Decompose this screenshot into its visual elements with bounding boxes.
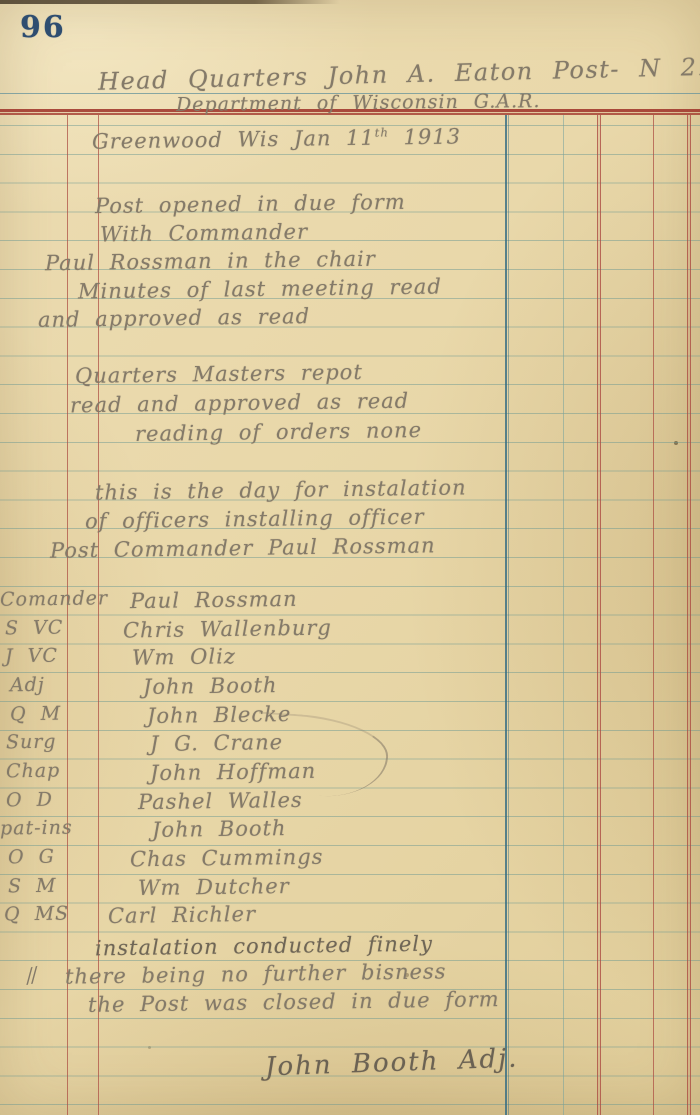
officer-name: Pashel Walles — [138, 788, 303, 814]
officer-name: John Blecke — [147, 702, 292, 728]
officer-title: pat-ins — [0, 816, 73, 839]
place-date-main: Greenwood Wis Jan 11 — [92, 126, 375, 154]
officer-name: Paul Rossman — [130, 587, 298, 613]
minutes-line: With Commander — [100, 220, 308, 247]
officer-title: O G — [8, 846, 55, 869]
officer-title: Q M — [10, 703, 61, 726]
officer-name: J G. Crane — [150, 730, 283, 756]
handwritten-header-line2: Department of Wisconsin G.A.R. — [176, 90, 541, 116]
officer-name: Wm Oliz — [132, 644, 236, 669]
officer-name: Chas Cummings — [130, 845, 324, 872]
officer-row: O D Pashel Walles — [0, 789, 700, 819]
officer-row: Chap John Hoffman — [0, 760, 700, 790]
ledger-page: 96 Head Quarters John A. Eaton Post- N 2… — [0, 0, 700, 1115]
officer-row: Q M John Blecke — [0, 703, 700, 733]
officer-row: Comander Paul Rossman — [0, 588, 700, 618]
officer-title: Adj — [10, 674, 45, 696]
officer-row: Q MS Carl Richler — [0, 903, 700, 933]
officer-title: Chap — [6, 760, 61, 783]
officer-row: pat-ins John Booth — [0, 817, 700, 847]
minutes-line: Paul Rossman in the chair — [45, 247, 376, 276]
minutes-line: and approved as read — [38, 304, 310, 332]
minutes-line: Post opened in due form — [95, 190, 406, 218]
officer-name: Carl Richler — [108, 902, 256, 928]
officer-title: J VC — [5, 645, 58, 668]
closing-line: instalation conducted finely — [95, 932, 433, 961]
minutes-line: reading of orders none — [135, 418, 422, 446]
officer-title: O D — [6, 789, 53, 812]
officer-row: S VC Chris Wallenburg — [0, 617, 700, 647]
place-date-superscript: th — [375, 125, 389, 139]
officer-name: John Booth — [143, 673, 278, 699]
officer-name: Chris Wallenburg — [123, 616, 332, 643]
minutes-line: Minutes of last meeting read — [78, 274, 442, 303]
officer-name: John Hoffman — [150, 759, 317, 785]
handwritten-place-date: Greenwood Wis Jan 11th 1913 — [92, 124, 461, 153]
place-date-year: 1913 — [403, 124, 461, 149]
minutes-line: of officers installing officer — [85, 505, 425, 534]
minutes-line: read and approved as read — [70, 389, 409, 418]
page-number: 96 — [20, 10, 66, 45]
scan-edge-artifact — [0, 0, 340, 4]
officer-title: Surg — [6, 731, 57, 754]
minutes-line: Quarters Masters repot — [75, 360, 363, 388]
officer-row: Adj John Booth — [0, 674, 700, 704]
officer-row: J VC Wm Oliz — [0, 645, 700, 675]
officer-name: Wm Dutcher — [138, 874, 290, 900]
officer-row: Surg J G. Crane — [0, 731, 700, 761]
officer-title: Q MS — [4, 903, 69, 926]
officer-row: O G Chas Cummings — [0, 846, 700, 876]
officer-row: S M Wm Dutcher — [0, 875, 700, 905]
officer-name: John Booth — [152, 816, 287, 842]
handwritten-header-line1: Head Quarters John A. Eaton Post- N 213 — [98, 52, 700, 95]
officer-title: Comander — [0, 587, 108, 611]
officer-title: S M — [8, 875, 57, 898]
officer-title: S VC — [5, 617, 64, 640]
